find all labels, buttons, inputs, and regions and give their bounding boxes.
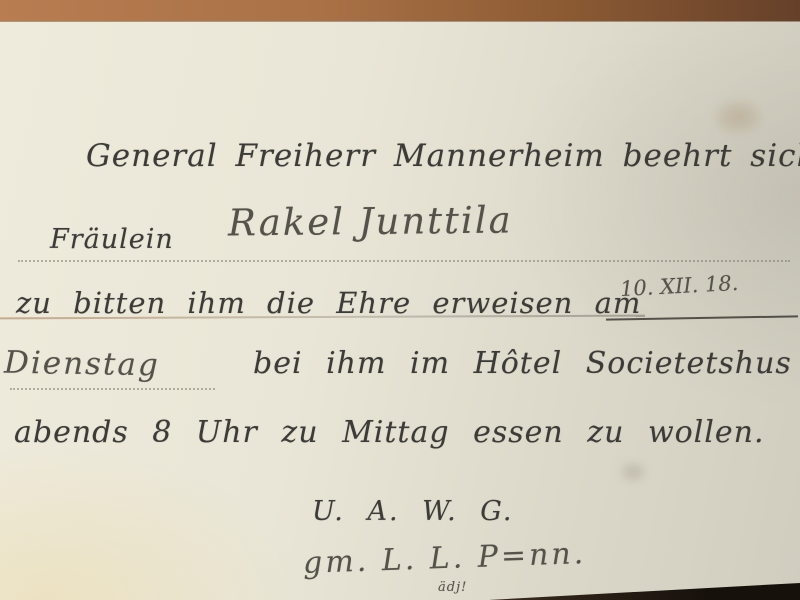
paper-stain <box>620 462 646 482</box>
name-fill-in-line <box>18 260 790 262</box>
printed-line-time: abends 8 Uhr zu Mittag essen zu wollen. <box>14 415 764 450</box>
date-handwritten: 10. XII. 18. <box>619 271 738 301</box>
weekday-handwritten: Dienstag <box>4 345 160 384</box>
printed-label-fraulein: Fräulein <box>50 224 174 255</box>
guest-name-handwritten: Rakel Junttila <box>228 199 513 245</box>
signature-note-handwritten: ädj! <box>438 580 467 595</box>
signature-handwritten: gm. L. L. P=nn. <box>302 536 586 581</box>
printed-line-venue: bei ihm im Hôtel Societetshus <box>253 346 792 381</box>
photograph: General Freiherr Mannerheim beehrt sich … <box>0 0 800 600</box>
weekday-fill-in-line <box>10 388 215 390</box>
table-edge-shadow <box>490 579 800 600</box>
rsvp-initials: U. A. W. G. <box>312 496 514 527</box>
printed-line-host: General Freiherr Mannerheim beehrt sich <box>86 138 800 174</box>
invitation-card: General Freiherr Mannerheim beehrt sich … <box>0 21 800 600</box>
paper-stain <box>715 100 761 134</box>
